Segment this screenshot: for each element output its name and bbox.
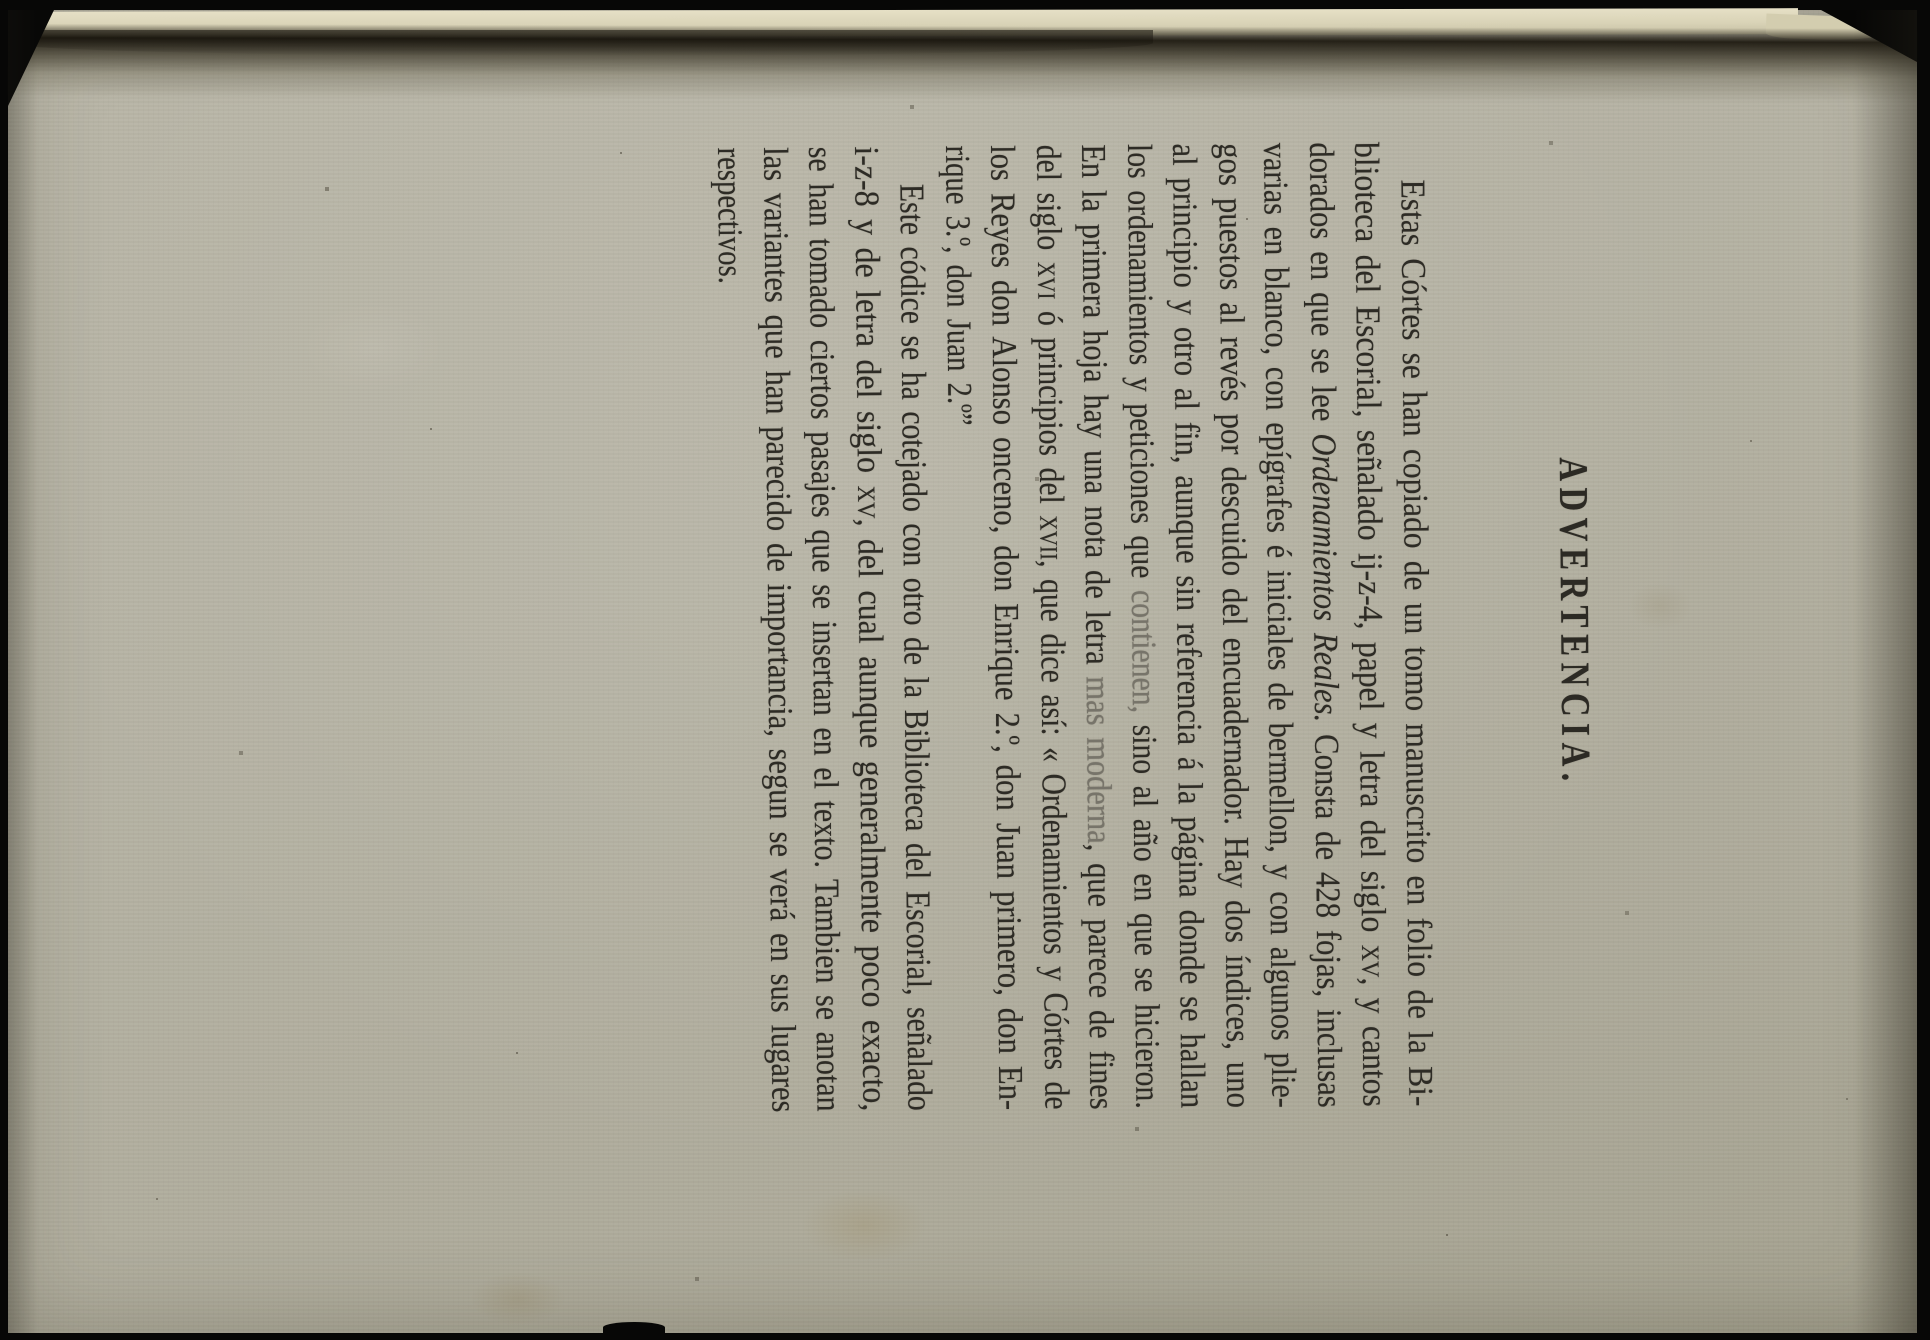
- text-line: i-z-8 y de letra del siglo xv, del cual …: [844, 146, 898, 1111]
- text-line: los Reyes don Alonso onceno, don Enrique…: [980, 145, 1034, 1110]
- scanned-book-page: ADVERTENCIA. Estas Córtes se han copiado…: [0, 0, 1930, 1340]
- text-line: rique 3.º, don Juan 2.º”: [935, 145, 989, 1110]
- text-line: se han tomado ciertos pasajes que se ins…: [798, 147, 852, 1112]
- text-line: Este códice se ha cotejado con otro de l…: [889, 146, 943, 1111]
- text-line: gos puestos al revés por descuido del en…: [1208, 143, 1262, 1108]
- text-line: los ordenamientos y peticiones que conti…: [1117, 144, 1171, 1109]
- text-line: las variantes que han parecido de import…: [753, 147, 807, 1112]
- text-line: varias en blanco, con epígrafes é inicia…: [1253, 143, 1307, 1108]
- text-line: del siglo xvi ó principios del xvii, que…: [1026, 145, 1080, 1110]
- page-title: ADVERTENCIA.: [1549, 140, 1601, 1105]
- page-title-text: ADVERTENCIA.: [1552, 457, 1599, 788]
- page-content-rotated: ADVERTENCIA. Estas Córtes se han copiado…: [0, 0, 1930, 1340]
- text-block: ADVERTENCIA. Estas Córtes se han copiado…: [707, 140, 1601, 1113]
- text-line: al principio y otro al fin, aunque sin r…: [1162, 143, 1216, 1108]
- text-line: Estas Córtes se han copiado de un tomo m…: [1390, 141, 1444, 1106]
- text-line: En la primera hoja hay una nota de letra…: [1071, 144, 1125, 1109]
- paragraphs: Estas Córtes se han copiado de un tomo m…: [707, 141, 1443, 1112]
- text-line: blioteca del Escorial, señalado ij-z-4, …: [1344, 142, 1398, 1107]
- text-line: dorados en que se lee Ordenamientos Real…: [1299, 142, 1353, 1107]
